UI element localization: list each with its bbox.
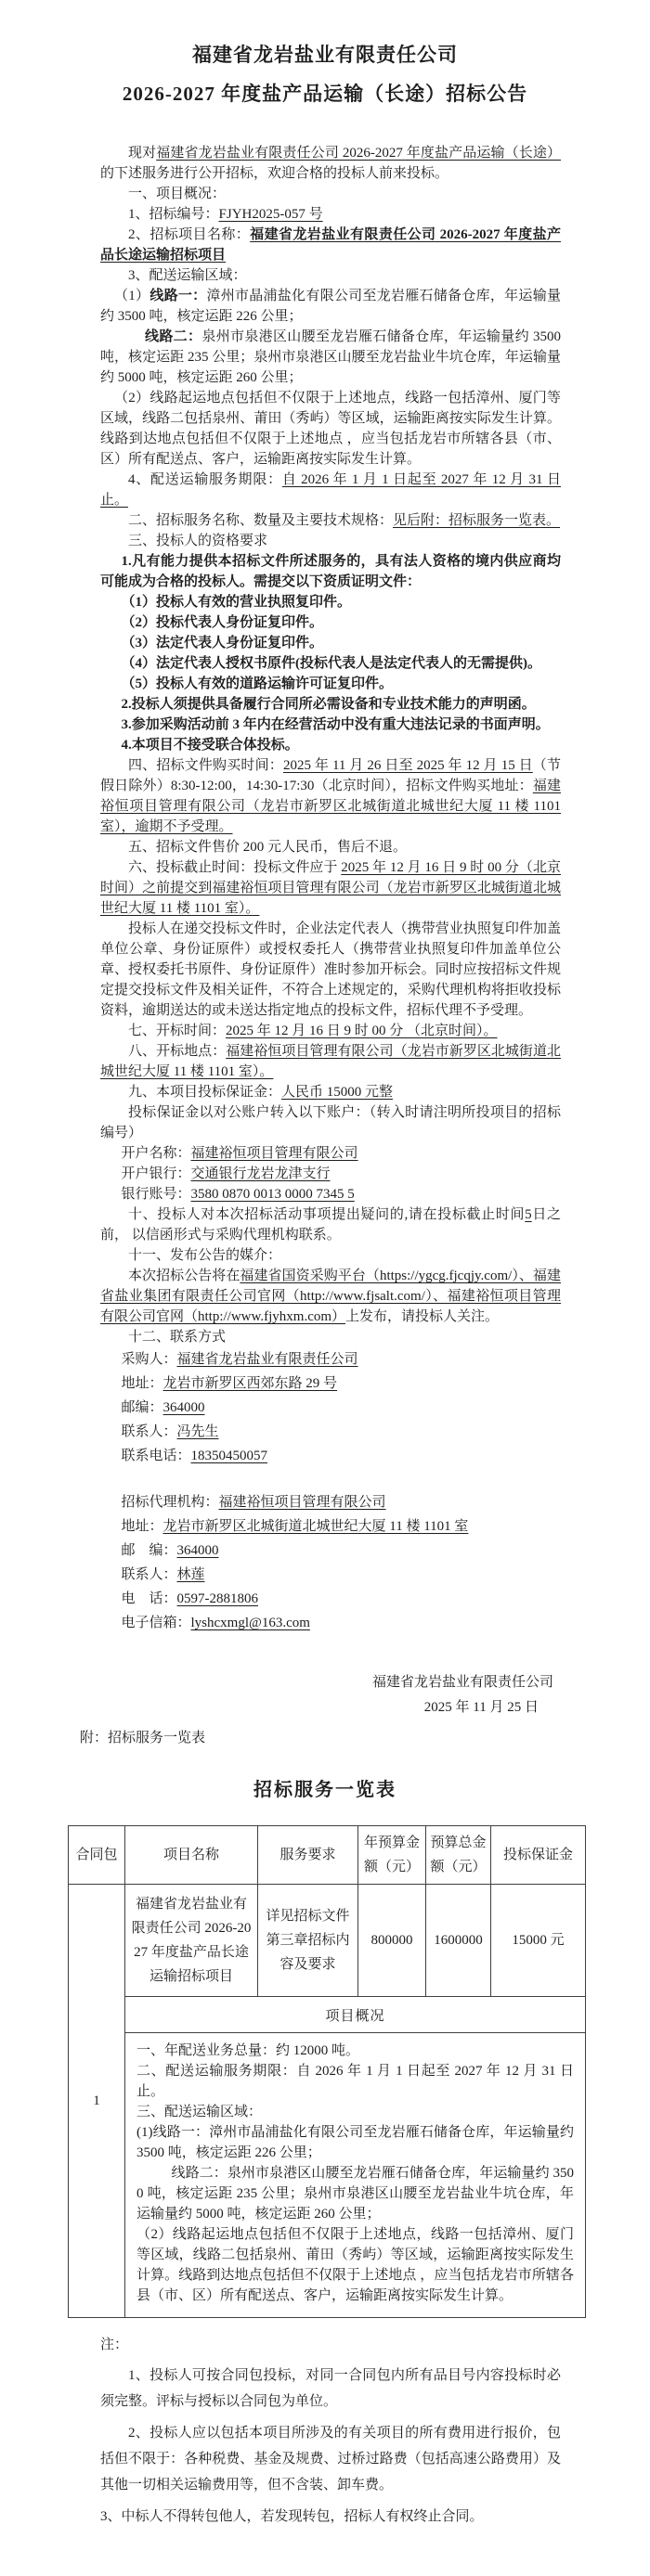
underlined-text: 交通银行龙岩龙津支行 (191, 1166, 331, 1181)
paragraph: 电 话：0597-2881806 (100, 1587, 561, 1611)
paragraph: 线路二：泉州市泉港区山腰至龙岩雁石储备仓库，年运输量约 3500 吨，核定运距 … (100, 327, 561, 388)
text-segment: （1） (114, 289, 149, 303)
underlined-text: 364000 (163, 1400, 205, 1415)
text-segment: （2）投标代表人身份证复印件。 (122, 615, 324, 630)
service-table-header-row: 合同包项目名称服务要求年预算金额（元）预算总金额（元）投标保证金 (69, 1826, 586, 1885)
text-segment: 3、配送运输区域： (128, 268, 247, 283)
underlined-text: 福建裕恒项目管理有限公司 (191, 1146, 358, 1161)
underlined-text: 2025 年 12 月 16 日 9 时 00 分 （北京时间）。 (226, 1024, 498, 1038)
paragraph: 开户名称：福建裕恒项目管理有限公司 (100, 1143, 561, 1164)
text-segment: 现对 (128, 146, 156, 161)
text-segment: 1、招标编号： (128, 207, 219, 222)
underlined-text: lyshcxmgl@163.com (191, 1616, 310, 1630)
paragraph: 4、配送运输服务期限：自 2026 年 1 月 1 日起至 2027 年 12 … (100, 470, 561, 510)
underlined-text: 福建省龙岩盐业有限责任公司 (177, 1352, 358, 1367)
overview-line: 二、配送运输服务期限：自 2026 年 1 月 1 日起至 2027 年 12 … (136, 2061, 574, 2102)
underlined-text: 364000 (177, 1543, 219, 1558)
text-segment: （3）法定代表人身份证复印件。 (122, 636, 324, 650)
project-overview-header: 项目概况 (125, 1997, 586, 2033)
overview-line: 线路二：泉州市泉港区山腰至龙岩雁石储备仓库，年运输量约 3500 吨，核定运距 … (136, 2163, 574, 2224)
text-segment: （5）投标人有效的道路运输许可证复印件。 (122, 676, 394, 691)
paragraph: 地址：龙岩市新罗区西郊东路 29 号 (100, 1372, 561, 1396)
text-segment: 邮编： (122, 1400, 163, 1415)
document-page: 福建省龙岩盐业有限责任公司 2026-2027 年度盐产品运输（长途）招标公告 … (0, 0, 650, 2576)
paragraph: 银行账号：3580 0870 0013 0000 7345 5 (100, 1184, 561, 1204)
text-segment: 八、开标地点： (128, 1044, 226, 1059)
text-segment: 四、招标文件购买时间： (128, 758, 283, 773)
text-segment: 联系电话： (122, 1449, 191, 1463)
paragraph: 2.投标人须提供具备履行合同所必需设备和专业技术能力的声明函。 (100, 694, 561, 715)
text-segment: 开户银行： (122, 1166, 191, 1181)
paragraph: 投标人在递交投标文件时，企业法定代表人（携带营业执照复印件加盖单位公章、身份证原… (100, 919, 561, 1021)
paragraph: （3）法定代表人身份证复印件。 (100, 633, 561, 653)
closing-date: 2025 年 11 月 25 日 (0, 1695, 650, 1720)
table-header-cell: 投标保证金 (491, 1826, 586, 1885)
paragraph: （2）线路起运地点包括但不仅限于上述地点，线路一包括漳州、厦门等区域，线路二包括… (100, 388, 561, 470)
text-segment: 2、招标项目名称： (128, 227, 250, 242)
text-segment: 七、开标时间： (128, 1024, 226, 1038)
text-segment: 十、投标人对本次招标活动事项提出疑问的,请在投标截止时间 (128, 1207, 525, 1222)
text-segment: 三、投标人的资格要求 (128, 534, 267, 548)
underlined-text: 龙岩市新罗区西郊东路 29 号 (163, 1376, 338, 1391)
paragraph: 1、招标编号：FJYH2025-057 号 (100, 204, 561, 225)
text-segment: （2）线路起运地点包括但不仅限于上述地点，线路一包括漳州、厦门等区域，线路二包括… (100, 391, 561, 467)
paragraph: 2、招标项目名称：福建省龙岩盐业有限责任公司 2026-2027 年度盐产品长途… (100, 225, 561, 265)
paragraph: 3.参加采购活动前 3 年内在经营活动中没有重大违法记录的书面声明。 (100, 715, 561, 735)
paragraph: 六、投标截止时间：投标文件应于 2025 年 12 月 16 日 9 时 00 … (100, 857, 561, 919)
underlined-text: 18350450057 (191, 1449, 268, 1463)
paragraph: 九、本项目投标保证金：人民币 15000 元整 (100, 1082, 561, 1102)
text-segment: 五、招标文件售价 200 元人民币，售后不退。 (128, 840, 407, 855)
underlined-text: 3580 0870 0013 0000 7345 5 (191, 1187, 355, 1202)
underlined-text: 林莲 (177, 1567, 205, 1582)
text-segment: 4、配送运输服务期限： (128, 472, 282, 487)
underlined-text: 见后附：招标服务一览表。 (393, 513, 560, 528)
text-segment: 开户名称： (122, 1146, 191, 1161)
paragraph: 联系人：林莲 (100, 1563, 561, 1587)
project-overview-content-row: 一、年配送业务总量：约 12000 吨。二、配送运输服务期限：自 2026 年 … (69, 2033, 586, 2318)
overview-line: 三、配送运输区域： (136, 2102, 574, 2122)
paragraph: 三、投标人的资格要求 (100, 531, 561, 551)
service-table-data-row: 1 福建省龙岩盐业有限责任公司 2026-2027 年度盐产品长途运输招标项目 … (69, 1885, 586, 1997)
paragraph: 二、招标服务名称、数量及主要技术规格：见后附：招标服务一览表。 (100, 510, 561, 531)
project-overview-content: 一、年配送业务总量：约 12000 吨。二、配送运输服务期限：自 2026 年 … (125, 2033, 586, 2318)
paragraph: 邮 编：364000 (100, 1539, 561, 1563)
text-segment: 银行账号： (122, 1187, 191, 1202)
paragraph: 四、招标文件购买时间：2025 年 11 月 26 日至 2025 年 12 月… (100, 755, 561, 837)
paragraph: 八、开标地点：福建裕恒项目管理有限公司（龙岩市新罗区北城街道北城世纪大厦 11 … (100, 1041, 561, 1082)
cell-service-requirement: 详见招标文件第三章招标内容及要求 (258, 1885, 358, 1997)
note-item: 1、投标人可按合同包投标，对同一合同包内所有品目号内容投标时必须完整。评标与授标… (100, 2363, 561, 2415)
paragraph: （5）投标人有效的道路运输许可证复印件。 (100, 674, 561, 694)
paragraph: 十、投标人对本次招标活动事项提出疑问的,请在投标截止时间5日之前， 以信函形式与… (100, 1204, 561, 1245)
paragraph: 一、项目概况： (100, 184, 561, 204)
text-segment: 一、项目概况： (128, 187, 226, 201)
paragraph: 七、开标时间：2025 年 12 月 16 日 9 时 00 分 （北京时间）。 (100, 1021, 561, 1041)
closing-company: 福建省龙岩盐业有限责任公司 (0, 1670, 650, 1695)
table-header-cell: 年预算金额（元） (358, 1826, 426, 1885)
paragraph: 五、招标文件售价 200 元人民币，售后不退。 (100, 837, 561, 857)
table-header-cell: 项目名称 (125, 1826, 258, 1885)
text-segment: 本次招标公告将在 (128, 1269, 240, 1283)
underlined-text: 2025 年 11 月 26 日至 2025 年 12 月 15 日 (283, 758, 533, 773)
text-segment: 二、招标服务名称、数量及主要技术规格： (128, 513, 393, 528)
notes-section: 注： 1、投标人可按合同包投标，对同一合同包内所有品目号内容投标时必须完整。评标… (0, 2333, 650, 2530)
paragraph: 4.本项目不接受联合体投标。 (100, 735, 561, 755)
paragraph: 十二、联系方式 (100, 1327, 561, 1347)
table-header-cell: 预算总金额（元） (426, 1826, 491, 1885)
paragraph: 现对福建省龙岩盐业有限责任公司 2026-2027 年度盐产品运输（长途）的下述… (100, 143, 561, 184)
text-segment: 地址： (122, 1519, 163, 1534)
text-segment: 采购人： (122, 1352, 177, 1367)
underlined-text: 福建裕恒项目管理有限公司 (219, 1495, 386, 1510)
cell-total-budget: 1600000 (426, 1885, 491, 1997)
note-item: 3、中标人不得转包他人，若发现转包，招标人有权终止合同。 (100, 2504, 561, 2530)
text-segment: （4）法定代表人授权书原件(投标代表人是法定代表人的无需提供)。 (122, 656, 542, 671)
service-table-title: 招标服务一览表 (0, 1774, 650, 1801)
overview-line: （2）线路起运地点包括但不仅限于上述地点，线路一包括漳州、厦门等区域，线路二包括… (136, 2224, 574, 2306)
document-body: 现对福建省龙岩盐业有限责任公司 2026-2027 年度盐产品运输（长途）的下述… (0, 143, 650, 1635)
text-segment: 地址： (122, 1376, 163, 1391)
paragraph: （1）线路一：漳州市晶浦盐化有限公司至龙岩雁石储备仓库，年运输量约 3500 吨… (100, 286, 561, 327)
paragraph: （1）投标人有效的营业执照复印件。 (100, 592, 561, 612)
text-segment: 上发布，请投标人关注。 (345, 1309, 499, 1324)
paragraph: 电子信箱：lyshcxmgl@163.com (100, 1611, 561, 1635)
text-segment: 4.本项目不接受联合体投标。 (122, 738, 299, 753)
text-segment: 十二、联系方式 (128, 1330, 226, 1345)
table-header-cell: 服务要求 (258, 1826, 358, 1885)
underlined-text: 福建省龙岩盐业有限责任公司 2026-2027 年度盐产品运输（长途） (156, 146, 561, 161)
paragraph: 十一、发布公告的媒介： (100, 1245, 561, 1266)
underlined-text: 5 (525, 1207, 532, 1222)
notes-items: 1、投标人可按合同包投标，对同一合同包内所有品目号内容投标时必须完整。评标与授标… (100, 2363, 561, 2530)
text-segment: 3.参加采购活动前 3 年内在经营活动中没有重大违法记录的书面声明。 (122, 717, 550, 732)
closing-block: 福建省龙岩盐业有限责任公司 2025 年 11 月 25 日 (0, 1670, 650, 1720)
text-segment: 十一、发布公告的媒介： (128, 1248, 281, 1263)
cell-project-name: 福建省龙岩盐业有限责任公司 2026-2027 年度盐产品长途运输招标项目 (125, 1885, 258, 1997)
paragraph: （2）投标代表人身份证复印件。 (100, 612, 561, 633)
text-segment: 六、投标截止时间：投标文件应于 (128, 860, 341, 875)
text-segment: 邮 编： (122, 1543, 177, 1558)
notes-label: 注： (100, 2333, 561, 2357)
project-overview-header-row: 项目概况 (69, 1997, 586, 2033)
text-segment: 电子信箱： (122, 1616, 191, 1630)
text-segment: 线路一： (149, 289, 206, 303)
text-segment: 电 话： (122, 1591, 177, 1606)
paragraph: 本次招标公告将在福建省国资采购平台（https://ygcg.fjcqjy.co… (100, 1266, 561, 1327)
paragraph: 1.凡有能力提供本招标文件所述服务的，具有法人资格的境内供应商均可能成为合格的投… (100, 551, 561, 592)
text-segment: 投标保证金以对公账户转入以下账户：（转入时请注明所投项目的招标编号） (100, 1105, 561, 1140)
text-segment: 招标代理机构： (122, 1495, 219, 1510)
paragraph: 邮编：364000 (100, 1396, 561, 1420)
paragraph: 开户银行：交通银行龙岩龙津支行 (100, 1164, 561, 1184)
underlined-text: 冯先生 (177, 1424, 219, 1439)
document-title-line1: 福建省龙岩盐业有限责任公司 (0, 41, 650, 69)
paragraph: 3、配送运输区域： (100, 265, 561, 286)
paragraph: 联系人：冯先生 (100, 1420, 561, 1444)
cell-bid-bond: 15000 元 (491, 1885, 586, 1997)
cell-contract-package: 1 (69, 1885, 125, 2318)
underlined-text: 人民币 15000 元整 (281, 1085, 393, 1100)
text-segment: 的下述服务进行公开招标，欢迎合格的投标人前来投标。 (100, 166, 448, 181)
text-segment: 九、本项目投标保证金： (128, 1085, 281, 1100)
paragraph: 联系电话：18350450057 (100, 1444, 561, 1468)
paragraph: 采购人：福建省龙岩盐业有限责任公司 (100, 1347, 561, 1372)
underlined-text: 龙岩市新罗区北城街道北城世纪大厦 11 楼 1101 室 (163, 1519, 469, 1534)
paragraph: （4）法定代表人授权书原件(投标代表人是法定代表人的无需提供)。 (100, 653, 561, 674)
paragraph: 投标保证金以对公账户转入以下账户：（转入时请注明所投项目的招标编号） (100, 1102, 561, 1143)
paragraph: 招标代理机构：福建裕恒项目管理有限公司 (100, 1490, 561, 1514)
service-table: 合同包项目名称服务要求年预算金额（元）预算总金额（元）投标保证金 1 福建省龙岩… (68, 1825, 586, 2318)
document-title-line2: 2026-2027 年度盐产品运输（长途）招标公告 (0, 80, 650, 108)
text-segment: 联系人： (122, 1567, 177, 1582)
text-segment: 联系人： (122, 1424, 177, 1439)
attachment-note: 附：招标服务一览表 (0, 1726, 650, 1750)
overview-line: (1)线路一：漳州市晶浦盐化有限公司至龙岩雁石储备仓库，年运输量约 3500 吨… (136, 2122, 574, 2163)
text-segment: （1）投标人有效的营业执照复印件。 (122, 595, 352, 610)
overview-line: 一、年配送业务总量：约 12000 吨。 (136, 2041, 574, 2061)
cell-annual-budget: 800000 (358, 1885, 426, 1997)
text-segment: 1.凡有能力提供本招标文件所述服务的，具有法人资格的境内供应商均可能成为合格的投… (100, 554, 561, 589)
paragraph: 地址：龙岩市新罗区北城街道北城世纪大厦 11 楼 1101 室 (100, 1514, 561, 1539)
underlined-text: FJYH2025-057 号 (219, 207, 323, 222)
table-header-cell: 合同包 (69, 1826, 125, 1885)
text-segment: 投标人在递交投标文件时，企业法定代表人（携带营业执照复印件加盖单位公章、身份证原… (100, 921, 561, 1018)
underlined-text: 0597-2881806 (177, 1591, 259, 1606)
text-segment: 2.投标人须提供具备履行合同所必需设备和专业技术能力的声明函。 (122, 697, 536, 712)
note-item: 2、投标人应以包括本项目所涉及的有关项目的所有费用进行报价，包括但不限于：各种税… (100, 2420, 561, 2498)
text-segment: 线路二： (145, 329, 201, 344)
